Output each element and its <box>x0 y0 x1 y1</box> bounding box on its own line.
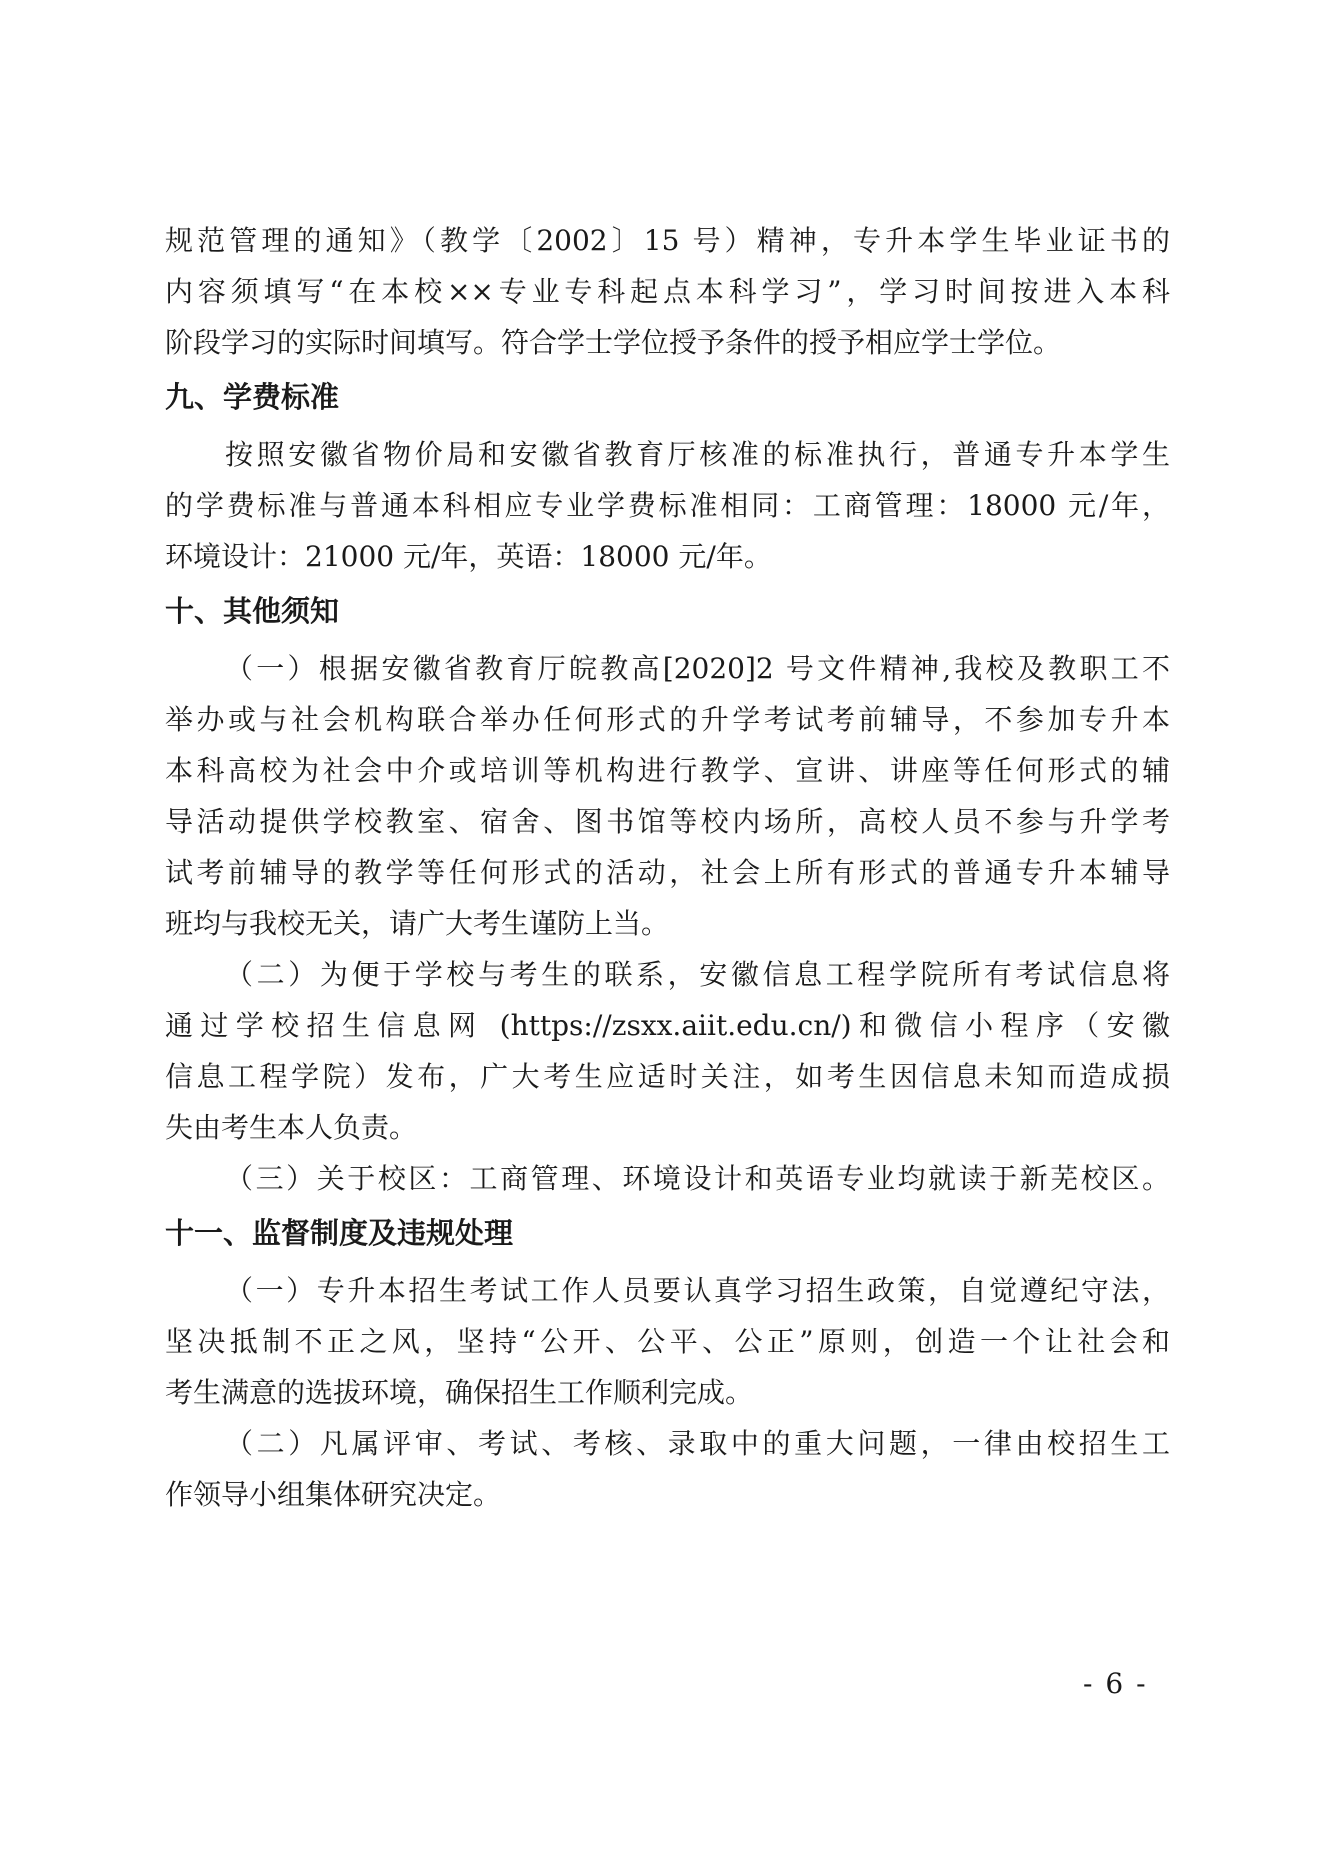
text-line: 本科高校为社会中介或培训等机构进行教学、宣讲、讲座等任何形式的辅 <box>165 745 1170 796</box>
text-line: 内容须填写“在本校××专业专科起点本科学习”，学习时间按进入本科 <box>165 266 1170 317</box>
text-line: 的学费标准与普通本科相应专业学费标准相同：工商管理：18000 元/年， <box>165 480 1170 531</box>
supervision-item-1: （一）专升本招生考试工作人员要认真学习招生政策，自觉遵纪守法， 坚决抵制不正之风… <box>165 1265 1170 1418</box>
text-line: 试考前辅导的教学等任何形式的活动，社会上所有形式的普通专升本辅导 <box>165 847 1170 898</box>
text-line: 班均与我校无关，请广大考生谨防上当。 <box>165 898 1170 949</box>
text-line: （一）专升本招生考试工作人员要认真学习招生政策，自觉遵纪守法， <box>165 1265 1170 1316</box>
section-heading-tuition: 九、学费标准 <box>165 372 1170 423</box>
text-line: （一）根据安徽省教育厅皖教高[2020]2 号文件精神,我校及教职工不 <box>165 643 1170 694</box>
text-line: 举办或与社会机构联合举办任何形式的升学考试考前辅导，不参加专升本 <box>165 694 1170 745</box>
text-line: 通过学校招生信息网 (https://zsxx.aiit.edu.cn/)和微信… <box>165 1000 1170 1051</box>
text-line: 导活动提供学校教室、宿舍、图书馆等校内场所，高校人员不参与升学考 <box>165 796 1170 847</box>
supervision-item-2: （二）凡属评审、考试、考核、录取中的重大问题，一律由校招生工 作领导小组集体研究… <box>165 1418 1170 1520</box>
document-page: 规范管理的通知》（教学〔2002〕15 号）精神，专升本学生毕业证书的 内容须填… <box>0 0 1323 1871</box>
notes-item-3: （三）关于校区：工商管理、环境设计和英语专业均就读于新芜校区。 <box>165 1153 1170 1204</box>
text-line: 阶段学习的实际时间填写。符合学士学位授予条件的授予相应学士学位。 <box>165 317 1170 368</box>
notes-item-2: （二）为便于学校与考生的联系，安徽信息工程学院所有考试信息将 通过学校招生信息网… <box>165 949 1170 1153</box>
intro-paragraph: 规范管理的通知》（教学〔2002〕15 号）精神，专升本学生毕业证书的 内容须填… <box>165 215 1170 368</box>
tuition-paragraph: 按照安徽省物价局和安徽省教育厅核准的标准执行，普通专升本学生 的学费标准与普通本… <box>165 429 1170 582</box>
page-number: - 6 - <box>1083 1667 1148 1700</box>
text-line: 作领导小组集体研究决定。 <box>165 1469 1170 1520</box>
text-line: （二）凡属评审、考试、考核、录取中的重大问题，一律由校招生工 <box>165 1418 1170 1469</box>
section-heading-notes: 十、其他须知 <box>165 586 1170 637</box>
text-line: 坚决抵制不正之风，坚持“公开、公平、公正”原则，创造一个让社会和 <box>165 1316 1170 1367</box>
text-line: （二）为便于学校与考生的联系，安徽信息工程学院所有考试信息将 <box>165 949 1170 1000</box>
text-line: 考生满意的选拔环境，确保招生工作顺利完成。 <box>165 1367 1170 1418</box>
text-line: 环境设计：21000 元/年，英语：18000 元/年。 <box>165 531 1170 582</box>
text-line: 按照安徽省物价局和安徽省教育厅核准的标准执行，普通专升本学生 <box>165 429 1170 480</box>
page-content: 规范管理的通知》（教学〔2002〕15 号）精神，专升本学生毕业证书的 内容须填… <box>165 215 1170 1520</box>
notes-item-1: （一）根据安徽省教育厅皖教高[2020]2 号文件精神,我校及教职工不 举办或与… <box>165 643 1170 949</box>
text-line: 失由考生本人负责。 <box>165 1102 1170 1153</box>
text-line: 信息工程学院）发布，广大考生应适时关注，如考生因信息未知而造成损 <box>165 1051 1170 1102</box>
section-heading-supervision: 十一、监督制度及违规处理 <box>165 1208 1170 1259</box>
text-line: （三）关于校区：工商管理、环境设计和英语专业均就读于新芜校区。 <box>165 1153 1170 1204</box>
text-line: 规范管理的通知》（教学〔2002〕15 号）精神，专升本学生毕业证书的 <box>165 215 1170 266</box>
